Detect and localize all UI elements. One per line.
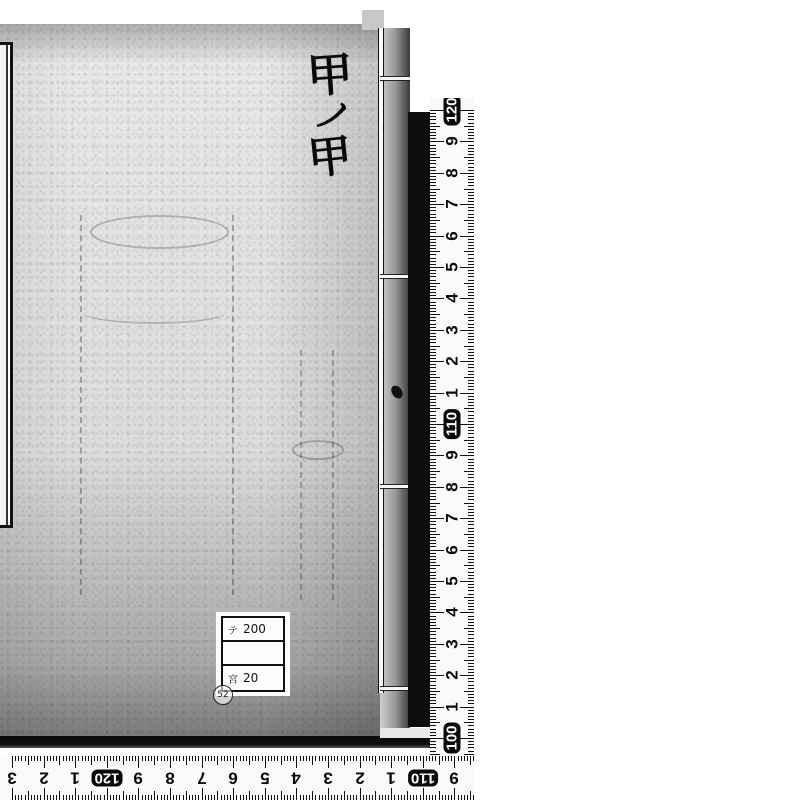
ruler-label: 120	[91, 770, 122, 787]
handwritten-title: 甲 ノ 甲	[300, 52, 360, 180]
binding-thread	[378, 28, 384, 693]
ruler-label: 9	[450, 770, 459, 787]
ruler-label: 7	[444, 513, 461, 522]
label-row: テ 200	[223, 618, 283, 642]
library-label: テ 200 宮 20	[216, 612, 290, 696]
ruler-label: 2	[444, 670, 461, 679]
binding-stitch	[380, 76, 410, 81]
ruler-label: 110	[408, 770, 438, 787]
round-stamp: 52	[213, 685, 233, 705]
vertical-ruler: 120987654321110987654321100	[430, 98, 474, 758]
ruler-label: 6	[228, 770, 237, 787]
ruler-label: 5	[444, 262, 461, 271]
vessel-drawing-band	[82, 300, 227, 324]
label-row: 宮 20	[223, 666, 283, 690]
ruler-label: 3	[7, 770, 16, 787]
ruler-label: 8	[165, 770, 174, 787]
label-value: 20	[243, 671, 258, 685]
binding-stitch	[380, 484, 410, 489]
label-value: 200	[243, 622, 266, 636]
label-prefix: 宮	[228, 671, 238, 686]
binding-stitch	[380, 686, 410, 691]
book-bottom-shadow	[0, 736, 430, 748]
ruler-label: 110	[444, 409, 461, 439]
ruler-label: 1	[444, 388, 461, 397]
ruler-label: 5	[444, 576, 461, 585]
ruler-label: 8	[444, 482, 461, 491]
label-row	[223, 642, 283, 666]
label-table: テ 200 宮 20	[221, 616, 285, 692]
ruler-label: 2	[355, 770, 364, 787]
book-edge-shadow	[408, 112, 430, 727]
ruler-label: 7	[197, 770, 206, 787]
ruler-label: 2	[444, 356, 461, 365]
book-bottom-lip	[380, 728, 435, 738]
ruler-label: 100	[444, 722, 461, 753]
book-spine	[380, 28, 410, 736]
binding-stitch	[380, 274, 410, 279]
ruler-label: 5	[260, 770, 269, 787]
cover-top-corner	[362, 10, 384, 30]
ruler-label: 3	[444, 639, 461, 648]
title-slip-frame	[0, 42, 13, 528]
label-prefix: テ	[228, 622, 238, 637]
ruler-label: 7	[444, 199, 461, 208]
ruler-label: 3	[323, 770, 332, 787]
ruler-label: 2	[39, 770, 48, 787]
ruler-label: 1	[386, 770, 395, 787]
ruler-label: 4	[444, 294, 461, 303]
ruler-label: 6	[444, 231, 461, 240]
ruler-label: 4	[444, 608, 461, 617]
vessel-drawing	[80, 215, 234, 595]
ruler-label: 9	[134, 770, 143, 787]
stand-drawing-cap	[292, 440, 344, 460]
horizontal-ruler: 3211209876543211109	[0, 756, 474, 800]
ruler-label: 8	[444, 168, 461, 177]
ruler-label: 120	[444, 98, 461, 126]
ruler-label: 4	[292, 770, 301, 787]
stand-drawing	[300, 350, 334, 600]
ruler-label: 9	[444, 137, 461, 146]
title-char-3: 甲	[306, 134, 354, 182]
ruler-label: 3	[444, 325, 461, 334]
ruler-label: 9	[444, 451, 461, 460]
ruler-label: 1	[444, 702, 461, 711]
ruler-label: 1	[70, 770, 79, 787]
ruler-label: 6	[444, 545, 461, 554]
